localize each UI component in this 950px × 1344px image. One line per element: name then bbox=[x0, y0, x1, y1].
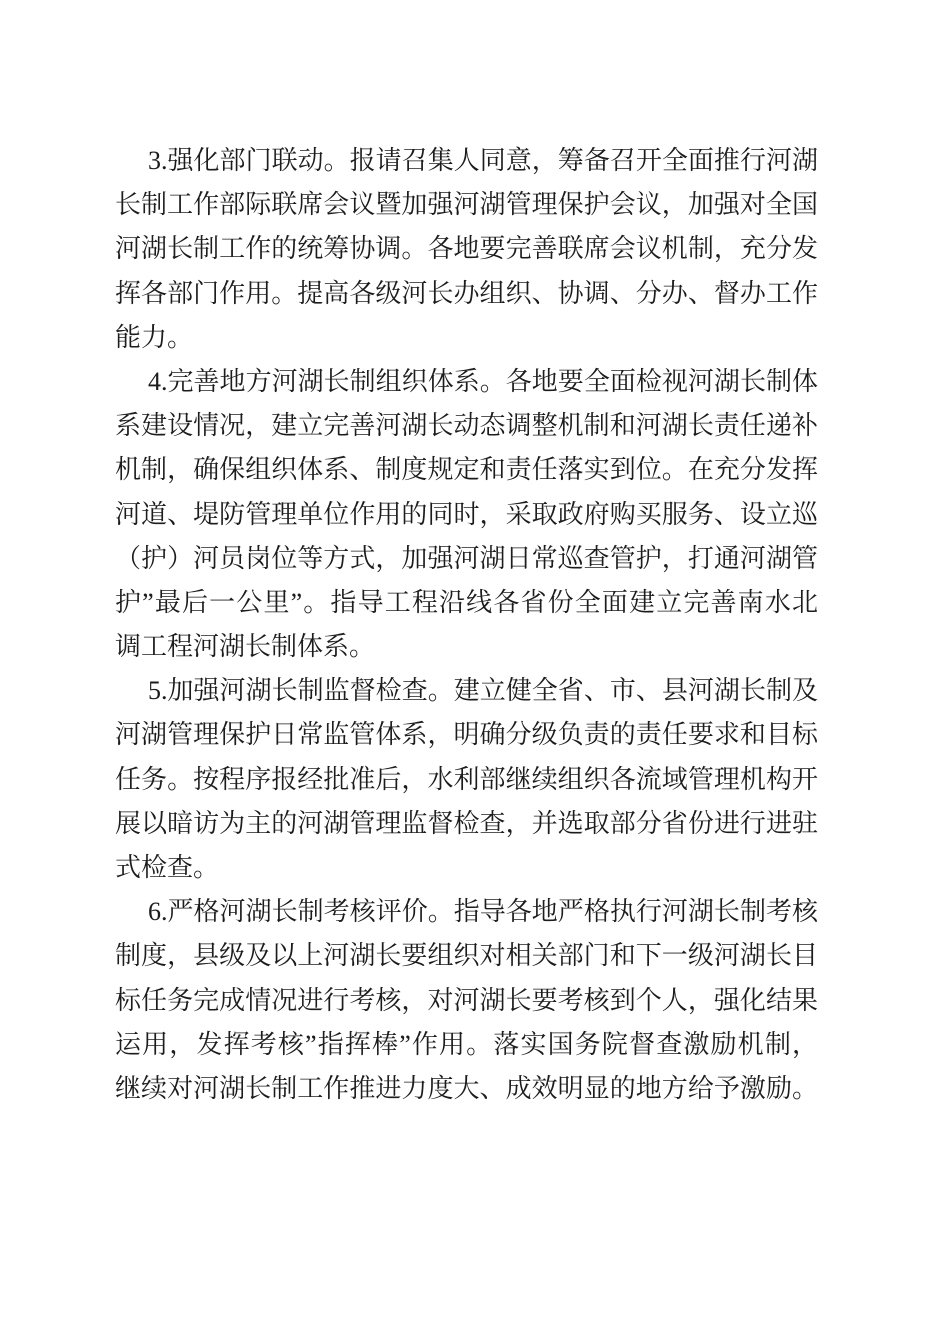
text-line: 河湖管理保护日常监管体系，明确分级负责的责任要求和目标 bbox=[115, 713, 818, 757]
text-line: 河道、堤防管理单位作用的同时，采取政府购买服务、设立巡 bbox=[115, 493, 818, 537]
text-line: 4.完善地方河湖长制组织体系。各地要全面检视河湖长制体 bbox=[115, 360, 818, 404]
text-line: （护）河员岗位等方式，加强河湖日常巡查管护，打通河湖管 bbox=[115, 537, 818, 581]
text-line: 河湖长制工作的统筹协调。各地要完善联席会议机制，充分发 bbox=[115, 227, 818, 271]
text-line: 调工程河湖长制体系。 bbox=[115, 625, 818, 669]
text-line: 展以暗访为主的河湖管理监督检查，并选取部分省份进行进驻 bbox=[115, 802, 818, 846]
text-line: 运用，发挥考核”指挥棒”作用。落实国务院督查激励机制， bbox=[115, 1023, 818, 1067]
text-line: 挥各部门作用。提高各级河长办组织、协调、分办、督办工作 bbox=[115, 272, 818, 316]
text-line: 6.严格河湖长制考核评价。指导各地严格执行河湖长制考核 bbox=[115, 890, 818, 934]
text-line: 制度，县级及以上河湖长要组织对相关部门和下一级河湖长目 bbox=[115, 934, 818, 978]
text-line: 能力。 bbox=[115, 316, 818, 360]
paragraph-4: 4.完善地方河湖长制组织体系。各地要全面检视河湖长制体系建设情况，建立完善河湖长… bbox=[115, 360, 818, 669]
document-page: 3.强化部门联动。报请召集人同意，筹备召开全面推行河湖长制工作部际联席会议暨加强… bbox=[0, 0, 950, 1344]
text-line: 继续对河湖长制工作推进力度大、成效明显的地方给予激励。 bbox=[115, 1067, 818, 1111]
text-line: 标任务完成情况进行考核，对河湖长要考核到个人，强化结果 bbox=[115, 979, 818, 1023]
text-line: 护”最后一公里”。指导工程沿线各省份全面建立完善南水北 bbox=[115, 581, 818, 625]
text-line: 长制工作部际联席会议暨加强河湖管理保护会议，加强对全国 bbox=[115, 183, 818, 227]
paragraph-3: 3.强化部门联动。报请召集人同意，筹备召开全面推行河湖长制工作部际联席会议暨加强… bbox=[115, 139, 818, 360]
text-line: 3.强化部门联动。报请召集人同意，筹备召开全面推行河湖 bbox=[115, 139, 818, 183]
text-line: 式检查。 bbox=[115, 846, 818, 890]
paragraph-6: 6.严格河湖长制考核评价。指导各地严格执行河湖长制考核制度，县级及以上河湖长要组… bbox=[115, 890, 818, 1111]
text-line: 5.加强河湖长制监督检查。建立健全省、市、县河湖长制及 bbox=[115, 669, 818, 713]
text-line: 机制，确保组织体系、制度规定和责任落实到位。在充分发挥 bbox=[115, 448, 818, 492]
text-line: 任务。按程序报经批准后，水利部继续组织各流域管理机构开 bbox=[115, 758, 818, 802]
text-line: 系建设情况，建立完善河湖长动态调整机制和河湖长责任递补 bbox=[115, 404, 818, 448]
document-body: 3.强化部门联动。报请召集人同意，筹备召开全面推行河湖长制工作部际联席会议暨加强… bbox=[115, 139, 818, 1111]
paragraph-5: 5.加强河湖长制监督检查。建立健全省、市、县河湖长制及河湖管理保护日常监管体系，… bbox=[115, 669, 818, 890]
